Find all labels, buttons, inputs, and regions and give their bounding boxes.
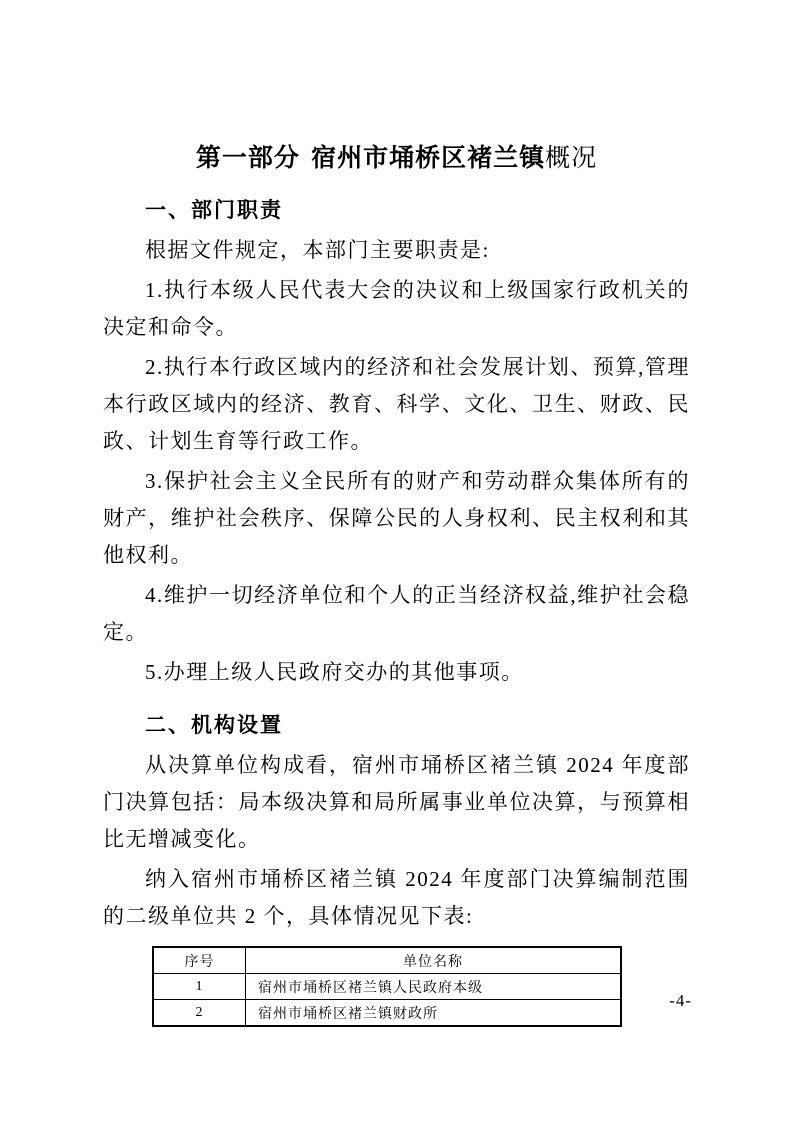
paragraph-duty-5: 5.办理上级人民政府交办的其他事项。 [103, 654, 690, 691]
table-cell-unit-1: 宿州市埇桥区褚兰镇人民政府本级 [246, 974, 622, 1000]
table-cell-serial-2: 2 [153, 1000, 246, 1027]
paragraph-duty-1: 1.执行本级人民代表大会的决议和上级国家行政机关的决定和命令。 [103, 272, 690, 346]
section-heading-organization: 二、机构设置 [103, 712, 690, 740]
title-department-name: 宿州市埇桥区褚兰镇 [311, 145, 545, 172]
paragraph-org-composition: 从决算单位构成看，宿州市埇桥区褚兰镇 2024 年度部门决算包括：局本级决算和局… [103, 747, 690, 858]
section-heading-duties: 一、部门职责 [103, 197, 690, 225]
paragraph-duty-2: 2.执行本行政区域内的经济和社会发展计划、预算,管理本行政区域内的经济、教育、科… [103, 349, 690, 460]
document-title: 第一部分宿州市埇桥区褚兰镇概况 [103, 141, 690, 176]
table-cell-unit-2: 宿州市埇桥区褚兰镇财政所 [246, 1000, 622, 1027]
page-number: -4- [669, 991, 692, 1011]
document-page: 第一部分宿州市埇桥区褚兰镇概况 一、部门职责 根据文件规定，本部门主要职责是: … [0, 0, 793, 1122]
table-header-serial-number: 序号 [153, 947, 246, 974]
paragraph-org-units-intro: 纳入宿州市埇桥区褚兰镇 2024 年度部门决算编制范围的二级单位共 2 个，具体… [103, 861, 690, 935]
table-header-unit-name: 单位名称 [246, 947, 622, 974]
title-suffix: 概况 [545, 145, 597, 172]
title-part-label: 第一部分 [196, 144, 300, 172]
table-row: 2 宿州市埇桥区褚兰镇财政所 [153, 1000, 621, 1027]
unit-table: 序号 单位名称 1 宿州市埇桥区褚兰镇人民政府本级 2 宿州市埇桥区褚兰镇财政所 [152, 946, 622, 1027]
table-cell-serial-1: 1 [153, 974, 246, 1000]
table-row: 1 宿州市埇桥区褚兰镇人民政府本级 [153, 974, 621, 1000]
paragraph-duty-4: 4.维护一切经济单位和个人的正当经济权益,维护社会稳定。 [103, 577, 690, 651]
page-content: 第一部分宿州市埇桥区褚兰镇概况 一、部门职责 根据文件规定，本部门主要职责是: … [103, 0, 690, 1027]
paragraph-duties-intro: 根据文件规定，本部门主要职责是: [103, 232, 690, 269]
unit-table-header-row: 序号 单位名称 [153, 947, 621, 974]
paragraph-duty-3: 3.保护社会主义全民所有的财产和劳动群众集体所有的财产，维护社会秩序、保障公民的… [103, 463, 690, 574]
